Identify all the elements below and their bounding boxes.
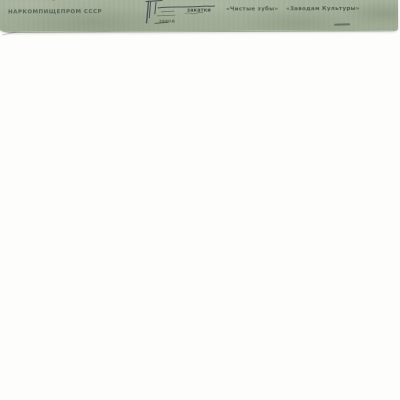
paper-strip: НАРКОМПИЩЕПРОМ СССР закатки завод «Чисты… [0, 0, 398, 32]
handwritten-mark-icon [141, 0, 223, 26]
org-name-text: НАРКОМПИЩЕПРОМ СССР [8, 9, 102, 15]
orange-speck [52, 0, 55, 1]
scan-background: НАРКОМПИЩЕПРОМ СССР закатки завод «Чисты… [0, 0, 400, 400]
ink-dash-mark [334, 23, 350, 25]
product-title-part1: «Чистые зубы» [226, 6, 278, 12]
product-title-part2: «Заводам Культуры» [286, 5, 360, 11]
center-printed-word-small: завод [159, 18, 175, 23]
stray-pencil-line [2, 31, 17, 35]
product-title-text: «Чистые зубы»«Заводам Культуры» [226, 5, 360, 12]
center-printed-word-dark: закатки [187, 7, 211, 13]
